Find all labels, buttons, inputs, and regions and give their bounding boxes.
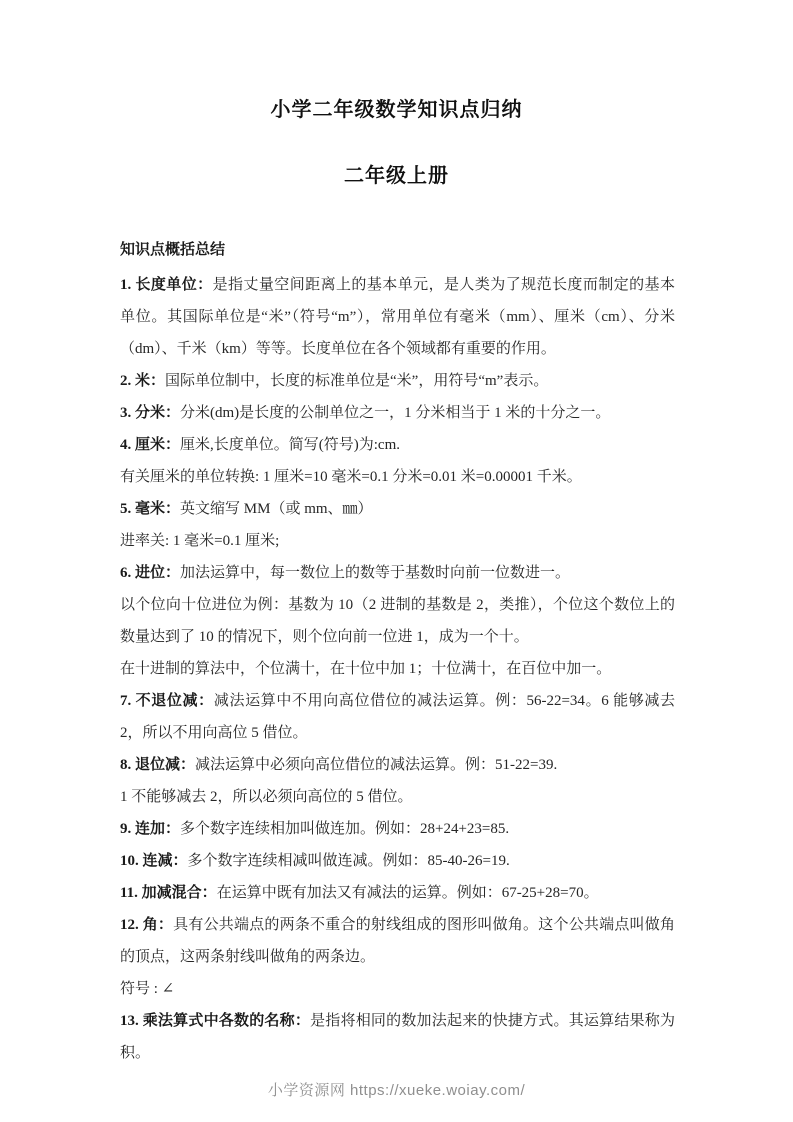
- paragraph-list: 1. 长度单位：是指丈量空间距离上的基本单元，是人类为了规范长度而制定的基本单位…: [120, 269, 675, 1069]
- term-label: 4. 厘米：: [120, 437, 180, 453]
- document-body: 知识点概括总结 1. 长度单位：是指丈量空间距离上的基本单元，是人类为了规范长度…: [0, 189, 793, 1069]
- document-page: 小学二年级数学知识点归纳 二年级上册 知识点概括总结 1. 长度单位：是指丈量空…: [0, 0, 793, 1122]
- term-definition: 进率关: 1 毫米=0.1 厘米;: [120, 533, 279, 549]
- term-definition: 具有公共端点的两条不重合的射线组成的图形叫做角。这个公共端点叫做角的顶点，这两条…: [120, 917, 675, 965]
- term-definition: 国际单位制中，长度的标准单位是“米”，用符号“m”表示。: [165, 373, 548, 389]
- term-label: 7. 不退位减：: [120, 693, 214, 709]
- knowledge-point-paragraph: 7. 不退位减：减法运算中不用向高位借位的减法运算。例：56-22=34。6 能…: [120, 685, 675, 749]
- knowledge-point-paragraph: 8. 退位减：减法运算中必须向高位借位的减法运算。例：51-22=39.: [120, 749, 675, 781]
- knowledge-point-paragraph: 进率关: 1 毫米=0.1 厘米;: [120, 525, 675, 557]
- knowledge-point-paragraph: 4. 厘米：厘米,长度单位。简写(符号)为:cm.: [120, 429, 675, 461]
- term-definition: 有关厘米的单位转换: 1 厘米=10 毫米=0.1 分米=0.01 米=0.00…: [120, 469, 582, 485]
- knowledge-point-paragraph: 3. 分米：分米(dm)是长度的公制单位之一，1 分米相当于 1 米的十分之一。: [120, 397, 675, 429]
- term-label: 6. 进位：: [120, 565, 180, 581]
- term-definition: 多个数字连续相减叫做连减。例如：85-40-26=19.: [188, 853, 510, 869]
- knowledge-point-paragraph: 13. 乘法算式中各数的名称：是指将相同的数加法起来的快捷方式。其运算结果称为积…: [120, 1005, 675, 1069]
- knowledge-point-paragraph: 有关厘米的单位转换: 1 厘米=10 毫米=0.1 分米=0.01 米=0.00…: [120, 461, 675, 493]
- term-definition: 减法运算中必须向高位借位的减法运算。例：51-22=39.: [195, 757, 557, 773]
- term-definition: 在运算中既有加法又有减法的运算。例如：67-25+28=70。: [217, 885, 599, 901]
- knowledge-point-paragraph: 符号 : ∠: [120, 973, 675, 1005]
- term-label: 13. 乘法算式中各数的名称：: [120, 1013, 310, 1029]
- term-label: 10. 连减：: [120, 853, 188, 869]
- term-label: 9. 连加：: [120, 821, 180, 837]
- knowledge-point-paragraph: 10. 连减：多个数字连续相减叫做连减。例如：85-40-26=19.: [120, 845, 675, 877]
- term-label: 5. 毫米：: [120, 501, 180, 517]
- knowledge-point-paragraph: 11. 加减混合：在运算中既有加法又有减法的运算。例如：67-25+28=70。: [120, 877, 675, 909]
- term-definition: 多个数字连续相加叫做连加。例如：28+24+23=85.: [180, 821, 509, 837]
- knowledge-point-paragraph: 以个位向十位进位为例：基数为 10（2 进制的基数是 2，类推），个位这个数位上…: [120, 589, 675, 653]
- knowledge-point-paragraph: 5. 毫米：英文缩写 MM（或 mm、㎜）: [120, 493, 675, 525]
- term-definition: 符号 : ∠: [120, 981, 174, 997]
- document-title: 小学二年级数学知识点归纳: [0, 0, 793, 123]
- term-definition: 加法运算中，每一数位上的数等于基数时向前一位数进一。: [180, 565, 570, 581]
- term-label: 3. 分米：: [120, 405, 180, 421]
- knowledge-point-paragraph: 在十进制的算法中，个位满十，在十位中加 1；十位满十，在百位中加一。: [120, 653, 675, 685]
- term-definition: 分米(dm)是长度的公制单位之一，1 分米相当于 1 米的十分之一。: [180, 405, 610, 421]
- term-label: 11. 加减混合：: [120, 885, 217, 901]
- knowledge-point-paragraph: 1. 长度单位：是指丈量空间距离上的基本单元，是人类为了规范长度而制定的基本单位…: [120, 269, 675, 365]
- term-definition: 英文缩写 MM（或 mm、㎜）: [180, 501, 373, 517]
- term-definition: 在十进制的算法中，个位满十，在十位中加 1；十位满十，在百位中加一。: [120, 661, 611, 677]
- term-label: 1. 长度单位：: [120, 277, 213, 293]
- section-heading: 知识点概括总结: [120, 239, 675, 261]
- term-definition: 厘米,长度单位。简写(符号)为:cm.: [180, 437, 400, 453]
- knowledge-point-paragraph: 1 不能够减去 2，所以必须向高位的 5 借位。: [120, 781, 675, 813]
- knowledge-point-paragraph: 6. 进位：加法运算中，每一数位上的数等于基数时向前一位数进一。: [120, 557, 675, 589]
- footer-watermark: 小学资源网 https://xueke.woiay.com/: [0, 1079, 793, 1100]
- term-label: 2. 米：: [120, 373, 165, 389]
- document-subtitle: 二年级上册: [0, 163, 793, 189]
- term-definition: 以个位向十位进位为例：基数为 10（2 进制的基数是 2，类推），个位这个数位上…: [120, 597, 675, 645]
- knowledge-point-paragraph: 9. 连加：多个数字连续相加叫做连加。例如：28+24+23=85.: [120, 813, 675, 845]
- term-definition: 1 不能够减去 2，所以必须向高位的 5 借位。: [120, 789, 413, 805]
- knowledge-point-paragraph: 2. 米：国际单位制中，长度的标准单位是“米”，用符号“m”表示。: [120, 365, 675, 397]
- knowledge-point-paragraph: 12. 角：具有公共端点的两条不重合的射线组成的图形叫做角。这个公共端点叫做角的…: [120, 909, 675, 973]
- term-label: 8. 退位减：: [120, 757, 195, 773]
- term-label: 12. 角：: [120, 917, 173, 933]
